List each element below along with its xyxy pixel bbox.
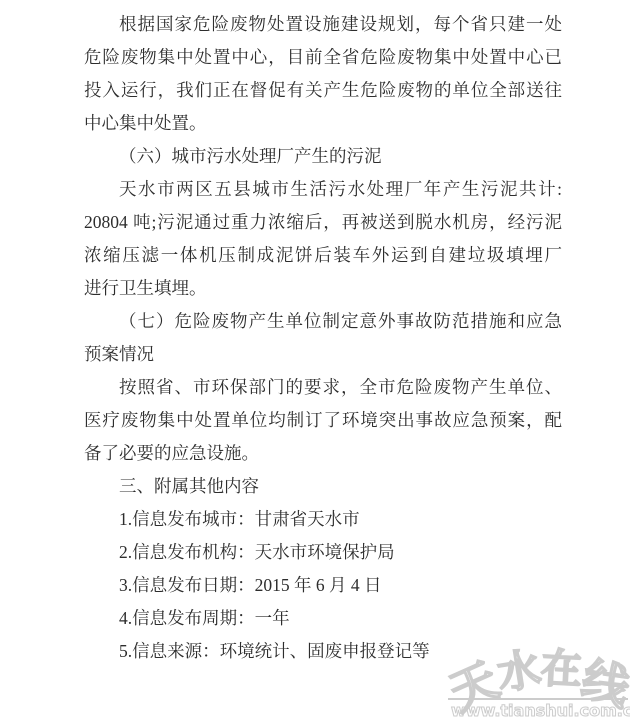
emergency-paragraph: 按照省、市环保部门的要求，全市危险废物产生单位、 医疗废物集中处置单位均制订了环… <box>84 371 562 470</box>
text-line: 进行卫生填埋。 <box>84 272 562 305</box>
list-item: 1.信息发布城市：甘肃省天水市 <box>84 503 562 536</box>
text-line: 危险废物集中处置中心，目前全省危险废物集中处置中心已 <box>84 41 562 74</box>
heading-line: 三、附属其他内容 <box>84 470 562 503</box>
heading-line: 预案情况 <box>84 338 562 371</box>
watermark-char: 线 <box>575 642 630 719</box>
text-line: 按照省、市环保部门的要求，全市危险废物产生单位、 <box>84 371 562 404</box>
text-line: 备了必要的应急设施。 <box>84 437 562 470</box>
section-heading-seven: （七）危险废物产生单位制定意外事故防范措施和应急 预案情况 <box>84 305 562 371</box>
text-line: 天水市两区五县城市生活污水处理厂年产生污泥共计: <box>84 173 562 206</box>
info-item-publish-agency: 2.信息发布机构：天水市环境保护局 <box>84 536 562 569</box>
list-item: 2.信息发布机构：天水市环境保护局 <box>84 536 562 569</box>
section-heading-six: （六）城市污水处理厂产生的污泥 <box>84 140 562 173</box>
text-line: 投入运行，我们正在督促有关产生危险废物的单位全部送往 <box>84 74 562 107</box>
heading-line: （七）危险废物产生单位制定意外事故防范措施和应急 <box>84 305 562 338</box>
text-line: 20804 吨;污泥通过重力浓缩后，再被送到脱水机房，经污泥 <box>84 206 562 239</box>
text-line: 医疗废物集中处置单位均制订了环境突出事故应急预案，配 <box>84 404 562 437</box>
text-line: 浓缩压滤一体机压制成泥饼后装车外运到自建垃圾填埋厂 <box>84 239 562 272</box>
appendix-heading: 三、附属其他内容 <box>84 470 562 503</box>
list-item: 3.信息发布日期：2015 年 6 月 4 日 <box>84 569 562 602</box>
watermark-divider <box>448 698 628 700</box>
list-item: 4.信息发布周期：一年 <box>84 602 562 635</box>
info-item-publish-city: 1.信息发布城市：甘肃省天水市 <box>84 503 562 536</box>
info-item-source: 5.信息来源：环境统计、固废申报登记等 <box>84 635 562 668</box>
list-item: 5.信息来源：环境统计、固废申报登记等 <box>84 635 562 668</box>
heading-line: （六）城市污水处理厂产生的污泥 <box>84 140 562 173</box>
document-page: 根据国家危险废物处置设施建设规划，每个省只建一处 危险废物集中处置中心，目前全省… <box>84 8 562 668</box>
info-item-publish-date: 3.信息发布日期：2015 年 6 月 4 日 <box>84 569 562 602</box>
text-line: 根据国家危险废物处置设施建设规划，每个省只建一处 <box>84 8 562 41</box>
watermark-url: www.tianshui.com.cn <box>451 701 629 720</box>
sludge-paragraph: 天水市两区五县城市生活污水处理厂年产生污泥共计: 20804 吨;污泥通过重力浓… <box>84 173 562 305</box>
info-item-publish-cycle: 4.信息发布周期：一年 <box>84 602 562 635</box>
intro-paragraph: 根据国家危险废物处置设施建设规划，每个省只建一处 危险废物集中处置中心，目前全省… <box>84 8 562 140</box>
text-line: 中心集中处置。 <box>84 107 562 140</box>
